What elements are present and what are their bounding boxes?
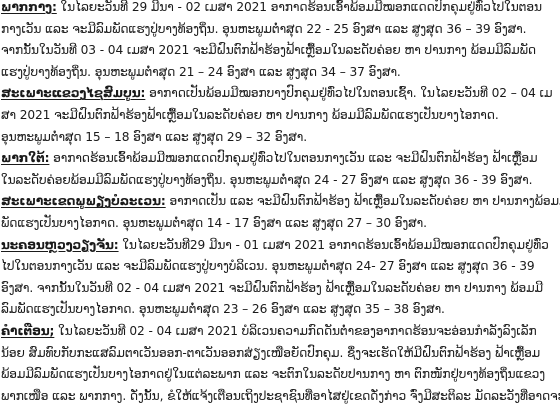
- text-line: ກາງເວັນ ແລະ ຈະມີລົມພັດແຮງປູ່ບາງທ້ອງຖິ່ນ.…: [1, 19, 560, 41]
- paragraph-southern-central: ພາກກາງ: ໃນໄລຍະວັນທີ 29 ມີນາ - 02 ເມສາ 20…: [1, 0, 560, 83]
- section-heading: ຄໍາເຕືອນ;: [1, 324, 54, 338]
- text-line: ນະຄອນຫຼວງວຽງຈັນ: ໃນໄລຍະວັນທີ29 ມີນາ - 01…: [1, 235, 560, 257]
- weather-bulletin-document: ພາກກາງ: ໃນໄລຍະວັນທີ 29 ມີນາ - 02 ເມສາ 20…: [0, 0, 560, 404]
- text-line: ໃນລະດັບຄ່ອຍພ້ອມມີລົມພັດແຮງປູ່ບາງທ້ອງຖິ່ນ…: [1, 170, 560, 192]
- paragraph-warning: ຄໍາເຕືອນ; ໃນໄລຍະວັນທີ 02 - 04 ເມສາ 2021 …: [1, 321, 560, 404]
- text-span: ອາກາດເປັນພ້ອມມີໝອກບາງປົກຄຸມຢູ່ທົ່ວໄປໃນຕອ…: [145, 86, 552, 100]
- text-span: ອາກາດເປັນ ແລະ ຈະມີຝົນຕົກຟ້າຮ້ອງ ຟ້າເຫຼື້…: [166, 194, 560, 208]
- paragraph-vientiane-capital: ນະຄອນຫຼວງວຽງຈັນ: ໃນໄລຍະວັນທີ29 ມີນາ - 01…: [1, 235, 560, 321]
- text-line: ອຸນຫະພູມຕໍ່າສຸດ 15 – 18 ອົງສາ ແລະ ສູງສຸດ…: [1, 127, 560, 149]
- section-heading: ພາກກາງ:: [1, 0, 57, 14]
- text-line: ສາ 2021 ຈະມີຝົນຕົກຟ້າຮ້ອງຟ້າເຫຼື້ອມໃນລະດ…: [1, 105, 560, 127]
- text-line: ສະເພາະແຂວງໄຊສົມບູນ: ອາກາດເປັນພ້ອມມີໝອກບາ…: [1, 83, 560, 105]
- text-line: ຄໍາເຕືອນ; ໃນໄລຍະວັນທີ 02 - 04 ເມສາ 2021 …: [1, 321, 560, 343]
- text-line: ອົງສາ. ຈາກນັ້ນໃນວັນທີ 02 - 04 ເມສາ 2021 …: [1, 278, 560, 300]
- paragraph-bolaven: ສະເພາະເຂດພູພຽງບໍລະເວນ: ອາກາດເປັນ ແລະ ຈະມ…: [1, 191, 560, 234]
- text-line: ໄປໃນຕອນກາງເວັນ ແລະ ຈະມີລົມພັດແຮງປູ່ບາງບໍ…: [1, 256, 560, 278]
- text-span: ໃນໄລຍະວັນທີ29 ມີນາ - 01 ເມສາ 2021 ອາກາດຮ…: [119, 238, 549, 252]
- text-line: ພາກເໜືອ ແລະ ພາກກາງ. ດັ່ງນັ້ນ, ຂໍໃຫ້ແຈ້ງເ…: [1, 386, 560, 404]
- paragraph-southern: ພາກໃຕ້: ອາກາດຮ້ອນເອົ້າພ້ອມມີໝອກແດດປົກຄຸມ…: [1, 148, 560, 191]
- section-heading: ສະເພາະເຂດພູພຽງບໍລະເວນ:: [1, 194, 166, 208]
- text-span: ໃນໄລຍະວັນທີ 02 - 04 ເມສາ 2021 ບໍລິເວນຄວາ…: [54, 324, 536, 338]
- section-heading: ສະເພາະແຂວງໄຊສົມບູນ:: [1, 86, 145, 100]
- section-heading: ພາກໃຕ້:: [1, 151, 49, 165]
- text-line: ພັດແຮງເປັນບາງໄອກາດ. ອຸນຫະພູມຕໍ່າສຸດ 14 -…: [1, 213, 560, 235]
- text-line: ສະເພາະເຂດພູພຽງບໍລະເວນ: ອາກາດເປັນ ແລະ ຈະມ…: [1, 191, 560, 213]
- text-line: ພ້ອມມີລົມພັດແຮງເປັນບາງໄອກາດຢູ່ໃນແຕ່ລະພາກ…: [1, 364, 560, 386]
- text-line: ລົມພັດແຮງເປັນບາງໄອກາດ. ອຸນຫະພູມຕໍ່າສຸດ 2…: [1, 299, 560, 321]
- section-heading: ນະຄອນຫຼວງວຽງຈັນ:: [1, 238, 119, 252]
- paragraph-xaisomboun: ສະເພາະແຂວງໄຊສົມບູນ: ອາກາດເປັນພ້ອມມີໝອກບາ…: [1, 83, 560, 148]
- text-span: ອາກາດຮ້ອນເອົ້າພ້ອມມີໝອກແດດປົກຄຸມຢູ່ທົ່ວໄ…: [49, 151, 537, 165]
- text-line: ແຮງປູ່ບາງທ້ອງຖິ່ນ. ອຸນຫະພູມຕໍ່າສຸດ 21 – …: [1, 62, 560, 84]
- text-line: ພາກໃຕ້: ອາກາດຮ້ອນເອົ້າພ້ອມມີໝອກແດດປົກຄຸມ…: [1, 148, 560, 170]
- text-line: ນ້ອຍ ສົມທົບກັບກະແສລົມຕາເວັນອອກ-ຕາເວັນອອກ…: [1, 343, 560, 365]
- text-line: ຈາກນັ້ນໃນວັນທີ 03 - 04 ເມສາ 2021 ຈະມີຝົນ…: [1, 40, 560, 62]
- text-line: ພາກກາງ: ໃນໄລຍະວັນທີ 29 ມີນາ - 02 ເມສາ 20…: [1, 0, 560, 19]
- text-span: ໃນໄລຍະວັນທີ 29 ມີນາ - 02 ເມສາ 2021 ອາກາດ…: [57, 0, 542, 14]
